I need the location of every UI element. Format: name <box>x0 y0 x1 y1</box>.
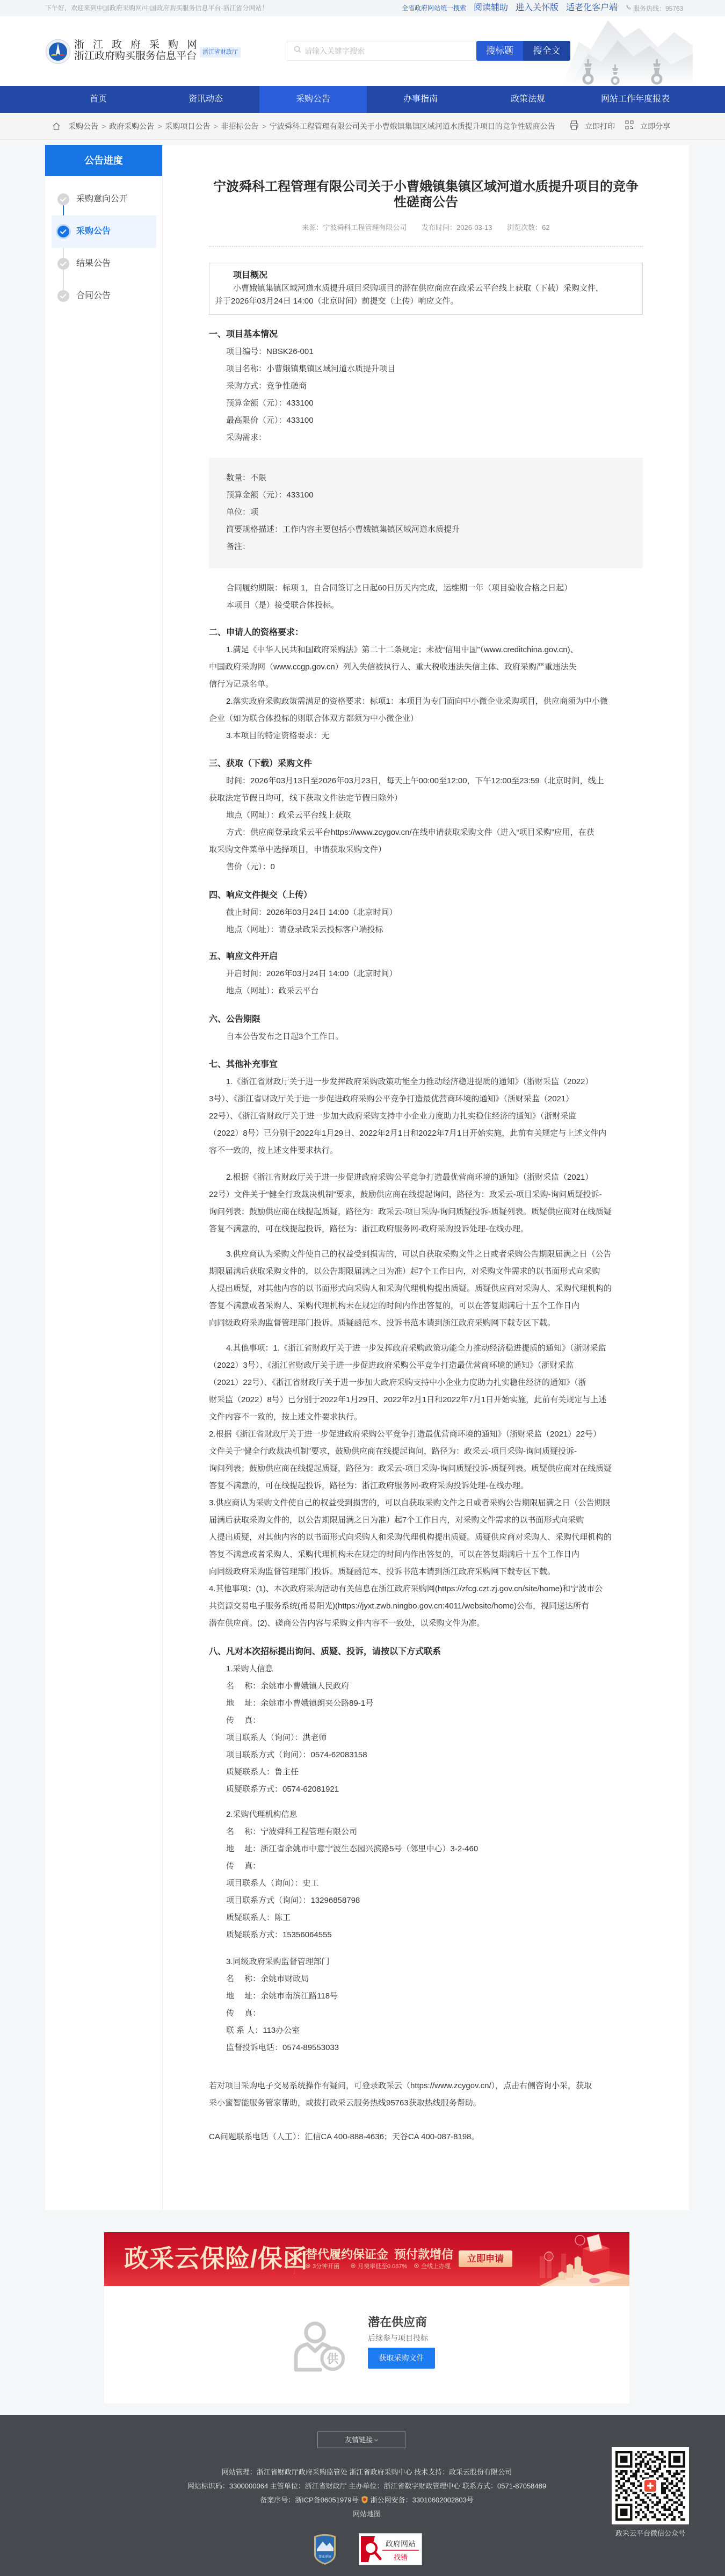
mountain-pagoda-decoration <box>564 16 693 86</box>
text-line: 2.根据《浙江省财政厅关于进一步促进政府采购公平竞争打造最优营商环境的通知》（浙… <box>209 1426 643 1443</box>
qr-label: 政采云平台微信公众号 <box>612 2529 689 2538</box>
section-heading: 四、响应文件提交（上传） <box>209 887 643 904</box>
site-header: 浙江政府采购网 浙江政府购买服务信息平台 浙江省财政厅 搜标题 搜全文 <box>0 16 725 86</box>
qr-share-icon <box>625 120 634 132</box>
text-line: 本项目（是）接受联合体投标。 <box>209 597 643 614</box>
text-line: 询问列表；鼓励供应商在线提起质疑，路径为：政采云-项目采购-询问质疑投诉-质疑列… <box>209 1460 643 1477</box>
top-bar: 下午好，欢迎来到中国政府采购网/中国政府购买服务信息平台·浙江省分网站！ 全省政… <box>0 0 725 16</box>
friendly-links-label: 友情链接 <box>345 2436 373 2444</box>
province-search-link[interactable]: 全省政府网站统一搜索 <box>402 0 466 16</box>
field-line: 最高限价（元）：433100 <box>209 412 643 429</box>
helpdesk-note: 若对项目采购电子交易系统操作有疑问，可登录政采云（https://www.zcy… <box>209 2077 643 2095</box>
breadcrumb-bar: 采购公告 > 政府采购公告 > 采购项目公告 > 非招标公告 > 宁波舜科工程管… <box>0 113 725 140</box>
report-error-badge[interactable]: 政府网站 找错 <box>359 2533 422 2568</box>
text-line: （2021）22号）、《浙江省财政厅关于进一步加大政府采购支持中小企业力度助力扎… <box>209 1374 643 1391</box>
apply-now-button[interactable]: 立即申请 <box>459 2250 512 2267</box>
bullet-circle-icon <box>306 2262 310 2271</box>
sidebar-step-intent[interactable]: 采购意向公开 <box>52 183 156 215</box>
meta-published: 发布时间：2026-03-13 <box>422 223 492 232</box>
text-line: 售价（元）：0 <box>209 858 643 876</box>
text-line: 1.满足《中华人民共和国政府采购法》第二十二条规定；未被“信用中国”（www.c… <box>209 641 643 659</box>
contact-subheading: 2.采购代理机构信息 <box>209 1806 643 1823</box>
text-line: 并于2026年03月24日 14:00（北京时间）前提交（上传）响应文件。 <box>215 295 637 308</box>
contact-line: 传 真： <box>209 1712 643 1729</box>
step-label: 采购意向公开 <box>76 183 128 215</box>
section-heading: 六、公告期限 <box>209 1011 643 1028</box>
promo-illustration <box>529 2232 629 2286</box>
site-emblem-logo[interactable] <box>46 39 70 64</box>
greeting-text: 下午好，欢迎来到中国政府采购网/中国政府购买服务信息平台·浙江省分网站！ <box>45 0 268 16</box>
institution-badge[interactable]: 事业单位 <box>312 2533 338 2568</box>
supplier-badge-char: 供 <box>327 2353 338 2366</box>
field-line: 预算金额（元）：433100 <box>209 487 643 504</box>
contact-line: 项目联系方式（询问）：0574-62083158 <box>209 1747 643 1764</box>
check-circle-icon <box>57 193 69 205</box>
check-circle-icon <box>57 258 69 270</box>
text-line: 3.本项目的特定资格要求：无 <box>209 727 643 745</box>
hotline-text: 服务热线：95763 <box>633 4 683 13</box>
field-line: 数量：不限 <box>209 470 643 487</box>
bullet-circle-icon <box>351 2262 356 2271</box>
text-line: 截止时间：2026年03月24日 14:00（北京时间） <box>209 904 643 921</box>
section-heading: 一、项目基本情况 <box>209 326 643 343</box>
section-heading: 七、其他补充事宜 <box>209 1056 643 1073</box>
icp-record[interactable]: 备案序号：浙ICP备06051979号 <box>260 2496 359 2504</box>
get-procurement-docs-button[interactable]: 获取采购文件 <box>368 2348 435 2369</box>
text-line: 4.其他事项：1.《浙江省财政厅关于进一步发挥政府采购政策功能全力推动经济稳进提… <box>209 1340 643 1357</box>
text-line: 人提出质疑，对其他内容的以书面形式向采购人和采购代理机构提出质疑。质疑供应商对采… <box>209 1529 643 1546</box>
breadcrumb-separator: > <box>262 122 266 131</box>
care-version-link[interactable]: 进入关怀版 <box>516 0 559 16</box>
contact-line: 监督投诉电话：0574-89553033 <box>209 2039 643 2057</box>
section-heading: 二、申请人的资格要求： <box>209 624 643 641</box>
sidebar-title: 公告进度 <box>45 145 162 176</box>
text-line: 时间：2026年03月13日至2026年03月23日，每天上午00:00至12:… <box>209 773 643 790</box>
text-line: 期限届满后获取采购文件的，以公告期限届满之日为准）起7个工作日内，对采购文件需求… <box>209 1263 643 1280</box>
share-button[interactable]: 立即分享 <box>625 113 670 139</box>
promo-point: 月费率低至0.067% <box>351 2262 407 2271</box>
promo-point-text: 全线上办理 <box>421 2262 451 2271</box>
contact-subheading: 3.同级政府采购监督管理部门 <box>209 1953 643 1971</box>
site-name: 浙江政府采购网 <box>74 39 206 51</box>
text-line: 4.其他事项：(1)、本次政府采购活动有关信息在浙江政府采购网(https://… <box>209 1581 643 1598</box>
ca-contact-note: CA问题联系电话（人工）：汇信CA 400-888-4636；天谷CA 400-… <box>209 2128 643 2146</box>
field-line: 备注： <box>209 538 643 555</box>
home-icon[interactable] <box>52 122 61 131</box>
supplier-title: 潜在供应商 <box>368 2315 427 2329</box>
search-icon <box>294 46 301 56</box>
text-line: 取采购文件菜单中选择项目，申请获取采购文件） <box>209 841 643 858</box>
text-line: 2.落实政府采购政策需满足的资格要求：标项1：本项目为专门面向中小微企业采购项目… <box>209 693 643 710</box>
police-badge-icon <box>361 2495 368 2503</box>
breadcrumb-separator: > <box>102 122 106 131</box>
breadcrumb-item[interactable]: 非招标公告 <box>221 121 259 132</box>
contact-line: 地 址：余姚市南滨江路118号 <box>209 1988 643 2005</box>
text-line: 3号）、《浙江省财政厅关于进一步促进政府采购公平竞争打造最优营商环境的通知》（浙… <box>209 1091 643 1108</box>
contact-line: 项目联系人（询问）：史工 <box>209 1875 643 1892</box>
share-label: 立即分享 <box>640 121 670 132</box>
wechat-qr-code <box>612 2447 689 2524</box>
notice-progress-sidebar: 公告进度 采购意向公开 采购公告 结果公告 合同公告 <box>45 145 163 2210</box>
supplier-subtitle: 后续参与项目投标 <box>368 2333 428 2343</box>
text-line: 自本公告发布之日起3个工作日。 <box>209 1028 643 1045</box>
org-badge: 浙江省财政厅 <box>200 47 241 57</box>
bullet-circle-icon <box>414 2262 419 2271</box>
sitemap-link[interactable]: 网站地图 <box>353 2510 381 2518</box>
text-line: 答复不满意或者采购人、采购代理机构未在规定的时间内作出答复的，可以在答复期满后十… <box>209 1546 643 1563</box>
text-line: 22号）、《浙江省财政厅关于进一步加大政府采购支持中小企业力度助力扎实稳住经济的… <box>209 1108 643 1125</box>
contact-line: 名 称：余姚市小曹娥镇人民政府 <box>209 1678 643 1695</box>
text-line: 1.《浙江省财政厅关于进一步发挥政府采购政策功能全力推动经济稳进提质的通知》（浙… <box>209 1073 643 1091</box>
insurance-promo-banner[interactable]: 政采云保险/保函 替代履约保证金 预付款增信 3分钟开函 月费率低至0.067%… <box>104 2232 629 2286</box>
text-line: 企业（如为联合体投标的则联合体双方都须为中小微企业） <box>209 710 643 727</box>
text-line: 中国政府采购网（www.ccgp.gov.cn）列入失信被执行人、重大税收违法失… <box>209 659 643 676</box>
field-line: 简要规格描述：工作内容主要包括小曹娥镇集镇区域河道水质提升 <box>209 521 643 538</box>
article-meta: 来源：宁波舜科工程管理有限公司 发布时间：2026-03-13 浏览次数：62 <box>209 222 643 233</box>
search-input[interactable] <box>305 47 466 55</box>
text-line: 3.供应商认为采购文件使自己的权益受到损害的，可以自获取采购文件之日或者采购公告… <box>209 1246 643 1263</box>
contact-line: 地 址：浙江省余姚市中意宁波生态园兴滨路5号（邻里中心）3-2-460 <box>209 1841 643 1858</box>
helpdesk-note: 采小蜜智能服务管家帮助，或拨打政采云服务热线95763获取热线服务帮助。 <box>209 2095 643 2112</box>
promo-point: 3分钟开函 <box>306 2262 339 2271</box>
step-label: 采购公告 <box>76 215 111 248</box>
report-error-bottom: 找错 <box>394 2553 408 2562</box>
sidebar-step-contract[interactable]: 合同公告 <box>52 280 156 312</box>
sidebar-step-result[interactable]: 结果公告 <box>52 248 156 280</box>
contact-line: 传 真： <box>209 2005 643 2022</box>
breadcrumb-separator: > <box>213 122 218 131</box>
search-box <box>287 41 476 61</box>
nav-guide[interactable]: 办事指南 <box>367 86 474 113</box>
field-line: 采购需求： <box>209 429 643 446</box>
search-title-button[interactable]: 搜标题 <box>476 41 523 61</box>
main-nav: 首页 资讯动态 采购公告 办事指南 政策法规 网站工作年度报表 <box>0 86 725 113</box>
text-line: （2022）3号）、《浙江省财政厅关于进一步促进政府采购公平竞争打造最优营商环境… <box>209 1357 643 1374</box>
nav-annual-report[interactable]: 网站工作年度报表 <box>582 86 689 113</box>
site-subtitle: 浙江政府购买服务信息平台 <box>74 50 197 62</box>
text-line: 地点（网址）：政采云平台 <box>209 983 643 1000</box>
footer-info: 网站管理：浙江省财政厅政府采购监管处 浙江省政府采购中心 技术支持：政采云股份有… <box>152 2465 582 2521</box>
nav-policy[interactable]: 政策法规 <box>474 86 582 113</box>
text-line: 向同级政府采购监督管理部门投诉。质疑函范本、投诉书范本请到浙江政府采购网下载专区… <box>209 1563 643 1581</box>
title-line: 性磋商公告 <box>209 194 643 210</box>
sidebar-step-procurement-notice[interactable]: 采购公告 <box>52 215 156 248</box>
text-line: 合同履约期限：标项 1，自合同签订之日起60日历天内完成，运维期一年（项目验收合… <box>209 580 643 597</box>
text-line: 3.供应商认为采购文件使自己的权益受到损害的，可以自获取采购文件之日或者采购公告… <box>209 1495 643 1512</box>
text-line: 地点（网址）：政采云平台线上获取 <box>209 807 643 824</box>
meta-views: 浏览次数：62 <box>507 223 549 232</box>
print-button[interactable]: 立即打印 <box>570 113 615 139</box>
promo-title: 政采云保险/保函 <box>124 2243 308 2274</box>
footer-management-line: 网站管理：浙江省财政厅政府采购监管处 浙江省政府采购中心 技术支持：政采云股份有… <box>152 2465 582 2479</box>
breadcrumb-item[interactable]: 政府采购公告 <box>109 121 154 132</box>
contact-subheading: 1.采购人信息 <box>209 1661 643 1678</box>
field-line: 预算金额（元）：433100 <box>209 395 643 412</box>
step-label: 合同公告 <box>76 280 111 312</box>
nav-procurement-notices[interactable]: 采购公告 <box>259 86 367 113</box>
text-line: 潜在供应商。(2)、磋商公告内容与采购文件内容不一致处，以采购文件为准。 <box>209 1615 643 1632</box>
article: 宁波舜科工程管理有限公司关于小曹娥镇集镇区域河道水质提升项目的竞争 性磋商公告 … <box>163 145 689 2146</box>
promo-point-text: 月费率低至0.067% <box>358 2262 407 2271</box>
print-label: 立即打印 <box>585 121 615 132</box>
contact-line: 联 系 人：113办公室 <box>209 2022 643 2039</box>
text-line: 方式：供应商登录政采云平台https://www.zcygov.cn/在线申请获… <box>209 824 643 841</box>
page: 下午好，欢迎来到中国政府采购网/中国政府购买服务信息平台·浙江省分网站！ 全省政… <box>0 0 725 2576</box>
title-line: 宁波舜科工程管理有限公司关于小曹娥镇集镇区域河道水质提升项目的竞争 <box>209 179 643 194</box>
text-line: 届满后获取采购文件的，以公告期限届满之日为准）起7个工作日内，对采购文件需求的以… <box>209 1512 643 1529</box>
breadcrumb: 采购公告 > 政府采购公告 > 采购项目公告 > 非招标公告 > 宁波舜科工程管… <box>52 113 555 139</box>
promo-point: 全线上办理 <box>414 2262 451 2271</box>
text-line: 财采监（2022）8号）已分别于2022年1月29日、2022年2月1日和202… <box>209 1391 643 1409</box>
footer-record-line: 备案序号：浙ICP备06051979号浙公网安备：33010602002803号 <box>152 2493 582 2507</box>
contact-line: 质疑联系方式：15356064555 <box>209 1926 643 1944</box>
text-line: 文件关于“健全行政裁决机制”要求，鼓励供应商在线提起询问，路径为：政采云-项目采… <box>209 1443 643 1460</box>
promo-feature: 预付款增信 <box>394 2247 453 2262</box>
hotline: 服务热线：95763 <box>626 0 683 16</box>
potential-supplier-card: 供 潜在供应商 后续参与项目投标 获取采购文件 <box>104 2286 629 2404</box>
search-fulltext-button[interactable]: 搜全文 <box>523 41 570 61</box>
dotted-divider <box>209 246 643 247</box>
text-line: 答复不满意或者采购人、采购代理机构未在规定的时间内作出答复的，可以在答复期满后十… <box>209 1297 643 1315</box>
breadcrumb-item[interactable]: 采购公告 <box>68 121 98 132</box>
field-line: 项目编号：NBSK26-001 <box>209 343 643 360</box>
text-line: 询问列表；鼓励供应商在线提起质疑，路径为：政采云-项目采购-询问质疑投诉-质疑列… <box>209 1203 643 1221</box>
text-line: 信行为记录名单。 <box>209 676 643 693</box>
supplier-avatar-icon: 供 <box>293 2319 346 2372</box>
text-line: 容不一致的，按上述文件要求执行。 <box>209 1142 643 1159</box>
breadcrumb-current: 宁波舜科工程管理有限公司关于小曹娥镇集镇区域河道水质提升项目的竞争性磋商公告 <box>270 121 555 132</box>
field-line: 采购方式：竞争性磋商 <box>209 378 643 395</box>
text-line: （2022）8号）已分别于2022年1月29日、2022年2月1日和2022年7… <box>209 1125 643 1142</box>
police-record[interactable]: 浙公网安备：33010602002803号 <box>371 2496 474 2504</box>
text-line: 人提出质疑，对其他内容的以书面形式向采购人和采购代理机构提出质疑。质疑供应商对采… <box>209 1280 643 1297</box>
contact-line: 质疑联系人：鲁主任 <box>209 1764 643 1781</box>
field-line: 项目名称：小曹娥镇集镇区域河道水质提升项目 <box>209 360 643 378</box>
text-line: 向同级政府采购监督管理部门投诉。质疑函范本、投诉书范本请到浙江政府采购网下载专区… <box>209 1315 643 1332</box>
meta-source: 来源：宁波舜科工程管理有限公司 <box>302 223 407 232</box>
main-panel: 公告进度 采购意向公开 采购公告 结果公告 合同公告 宁 <box>45 145 689 2210</box>
text-line: 文件内容不一致的，按上述文件要求执行。 <box>209 1409 643 1426</box>
text-line: 答复不满意的，可在线提起投诉，路径为：浙江政府服务网-政府采购投诉处理-在线办理… <box>209 1221 643 1238</box>
printer-icon <box>570 120 578 132</box>
text-line: 地点（网址）：请登录政采云投标客户端投标 <box>209 921 643 939</box>
contact-line: 名 称：宁波舜科工程管理有限公司 <box>209 1823 643 1841</box>
reading-assist-link[interactable]: 阅读辅助 <box>474 0 508 16</box>
promo-point-text: 3分钟开函 <box>313 2262 339 2271</box>
chevron-down-icon <box>373 2436 378 2444</box>
section-heading: 八、凡对本次招标提出询问、质疑、投诉，请按以下方式联系 <box>209 1643 643 1661</box>
footer-identity-line: 网站标识码：3300000064 主管单位：浙江省财政厅 主办单位：浙江省数字财… <box>152 2479 582 2493</box>
article-title: 宁波舜科工程管理有限公司关于小曹娥镇集镇区域河道水质提升项目的竞争 性磋商公告 <box>209 179 643 210</box>
report-error-top: 政府网站 <box>386 2539 416 2549</box>
elderly-client-link[interactable]: 适老化客户端 <box>566 0 618 16</box>
contact-line: 名 称：余姚市财政局 <box>209 1971 643 1988</box>
text-line: 答复不满意的，可在线提起投诉，路径为：浙江政府服务网-政府采购投诉处理-在线办理… <box>209 1477 643 1495</box>
requirement-box: 数量：不限 预算金额（元）：433100 单位：项 简要规格描述：工作内容主要包… <box>209 458 643 568</box>
text-line: 22号）文件关于“健全行政裁决机制”要求，鼓励供应商在线提起询问，路径为：政采云… <box>209 1186 643 1203</box>
contact-line: 质疑联系方式：0574-62081921 <box>209 1781 643 1798</box>
section-heading: 三、获取（下载）采购文件 <box>209 755 643 773</box>
section-heading: 五、响应文件开启 <box>209 948 643 965</box>
step-label: 结果公告 <box>76 248 111 280</box>
project-summary-box: 项目概况 小曹娥镇集镇区域河道水质提升项目采购项目的潜在供应商应在政采云平台线上… <box>209 263 643 315</box>
contact-line: 地 址：余姚市小曹娥镇朗夹公路89-1号 <box>209 1695 643 1712</box>
site-footer: 友情链接 网站管理：浙江省财政厅政府采购监管处 浙江省政府采购中心 技术支持：政… <box>0 2415 725 2576</box>
promo-feature: 替代履约保证金 <box>306 2247 388 2262</box>
promo-divider <box>294 2245 294 2274</box>
phone-icon <box>626 4 632 12</box>
text-line: 共资源交易电子服务系统(甬易阳光)(https://jyxt.zwb.ningb… <box>209 1598 643 1615</box>
friendly-links-dropdown[interactable]: 友情链接 <box>317 2431 405 2448</box>
text-line: 开启时间：2026年03月24日 14:00（北京时间） <box>209 965 643 983</box>
contact-line: 传 真： <box>209 1858 643 1875</box>
breadcrumb-separator: > <box>157 122 162 131</box>
contact-line: 质疑联系人：陈工 <box>209 1909 643 1926</box>
contact-line: 项目联系方式（询问）：13296858798 <box>209 1892 643 1909</box>
institution-badge-text: 事业单位 <box>318 2555 331 2559</box>
breadcrumb-item[interactable]: 采购项目公告 <box>165 121 210 132</box>
contact-line: 项目联系人（询问）：洪老师 <box>209 1729 643 1747</box>
check-circle-icon <box>57 290 69 302</box>
text-line: 2.根据《浙江省财政厅关于进一步促进政府采购公平竞争打造最优营商环境的通知》（浙… <box>209 1169 643 1186</box>
text-line: 小曹娥镇集镇区域河道水质提升项目采购项目的潜在供应商应在政采云平台线上获取（下载… <box>215 282 637 295</box>
nav-news[interactable]: 资讯动态 <box>152 86 259 113</box>
summary-heading: 项目概况 <box>215 269 637 282</box>
nav-home[interactable]: 首页 <box>45 86 152 113</box>
text-line: 获取法定节假日均可，线下获取文件法定节假日除外） <box>209 790 643 807</box>
field-line: 单位：项 <box>209 504 643 521</box>
check-circle-icon <box>57 226 69 237</box>
